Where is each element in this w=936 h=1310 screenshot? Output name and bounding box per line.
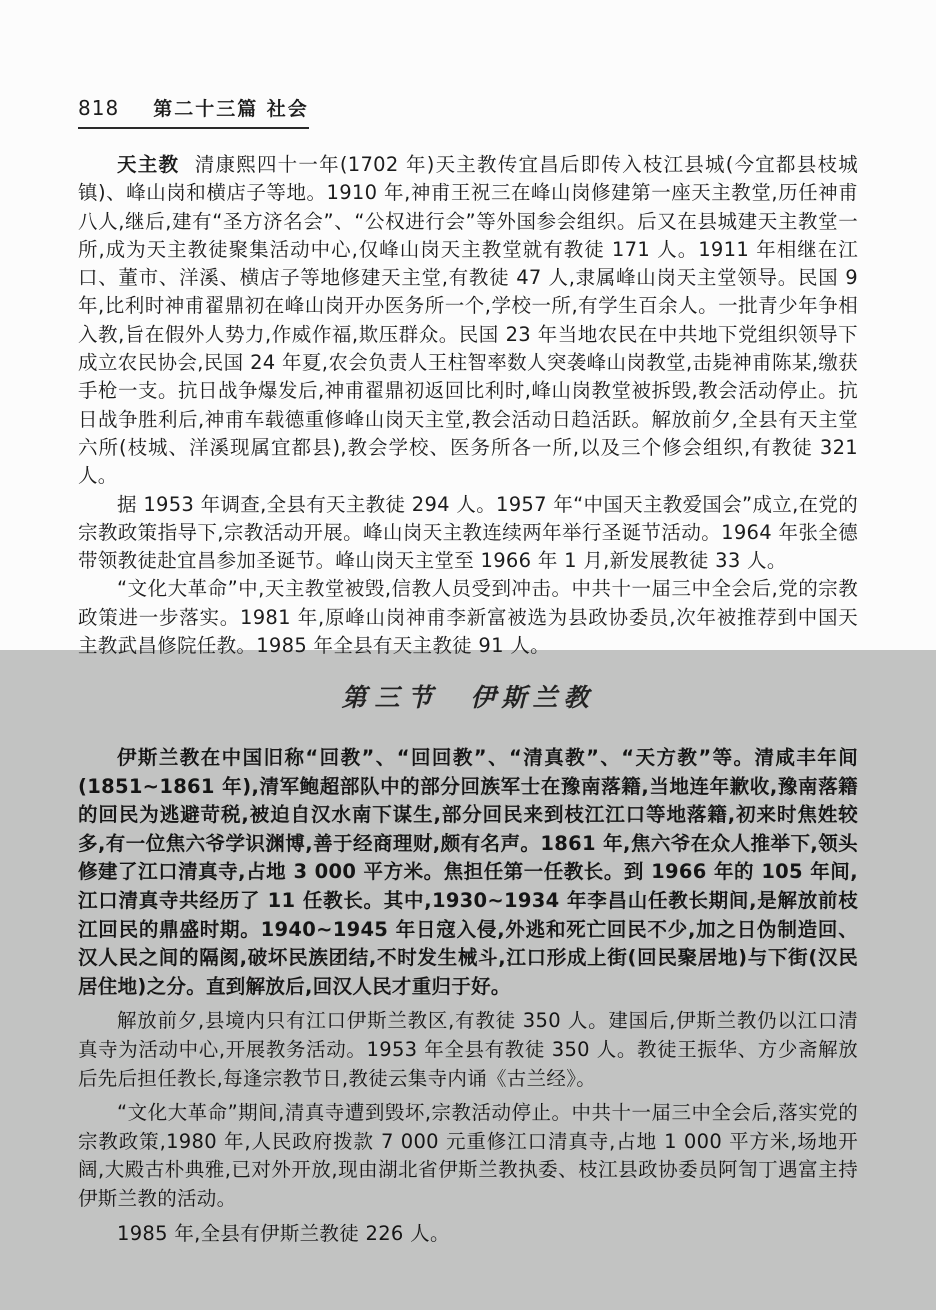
paragraph-catholic-1-text: 清康熙四十一年(1702 年)天主教传宜昌后即传入枝江县城(今宜都县枝城镇)、峰… xyxy=(78,153,858,487)
scanned-book-page: 818第二十三篇 社会 天主教清康熙四十一年(1702 年)天主教传宜昌后即传入… xyxy=(0,0,936,1310)
islam-body: 伊斯兰教在中国旧称“回教”、“回回教”、“清真教”、“天方教”等。清咸丰年间(1… xyxy=(78,744,858,1248)
paragraph-islam-1: 伊斯兰教在中国旧称“回教”、“回回教”、“清真教”、“天方教”等。清咸丰年间(1… xyxy=(78,744,858,1001)
catholic-section: 818第二十三篇 社会 天主教清康熙四十一年(1702 年)天主教传宜昌后即传入… xyxy=(0,0,936,650)
paragraph-catholic-3: “文化大革命”中,天主教堂被毁,信教人员受到冲击。中共十一届三中全会后,党的宗教… xyxy=(78,575,858,660)
paragraph-catholic-1: 天主教清康熙四十一年(1702 年)天主教传宜昌后即传入枝江县城(今宜都县枝城镇… xyxy=(78,151,858,491)
section-heading: 第三节伊斯兰教 xyxy=(78,678,858,714)
section-number-label: 第三节 xyxy=(341,683,440,712)
paragraph-islam-4: 1985 年,全县有伊斯兰教徒 226 人。 xyxy=(78,1220,858,1249)
catholic-body: 天主教清康熙四十一年(1702 年)天主教传宜昌后即传入枝江县城(今宜都县枝城镇… xyxy=(78,151,858,660)
islam-section: 第三节伊斯兰教 伊斯兰教在中国旧称“回教”、“回回教”、“清真教”、“天方教”等… xyxy=(0,650,936,1310)
paragraph-catholic-2: 据 1953 年调查,全县有天主教徒 294 人。1957 年“中国天主教爱国会… xyxy=(78,491,858,576)
catholic-lead-term: 天主教 xyxy=(117,153,179,176)
paragraph-islam-3: “文化大革命”期间,清真寺遭到毁坏,宗教活动停止。中共十一届三中全会后,落实党的… xyxy=(78,1099,858,1213)
page-number: 818 xyxy=(78,96,119,120)
section-title: 伊斯兰教 xyxy=(471,683,595,712)
running-header-title: 第二十三篇 社会 xyxy=(153,98,309,120)
running-header: 818第二十三篇 社会 xyxy=(78,94,309,129)
paragraph-islam-2: 解放前夕,县境内只有江口伊斯兰教区,有教徒 350 人。建国后,伊斯兰教仍以江口… xyxy=(78,1007,858,1093)
